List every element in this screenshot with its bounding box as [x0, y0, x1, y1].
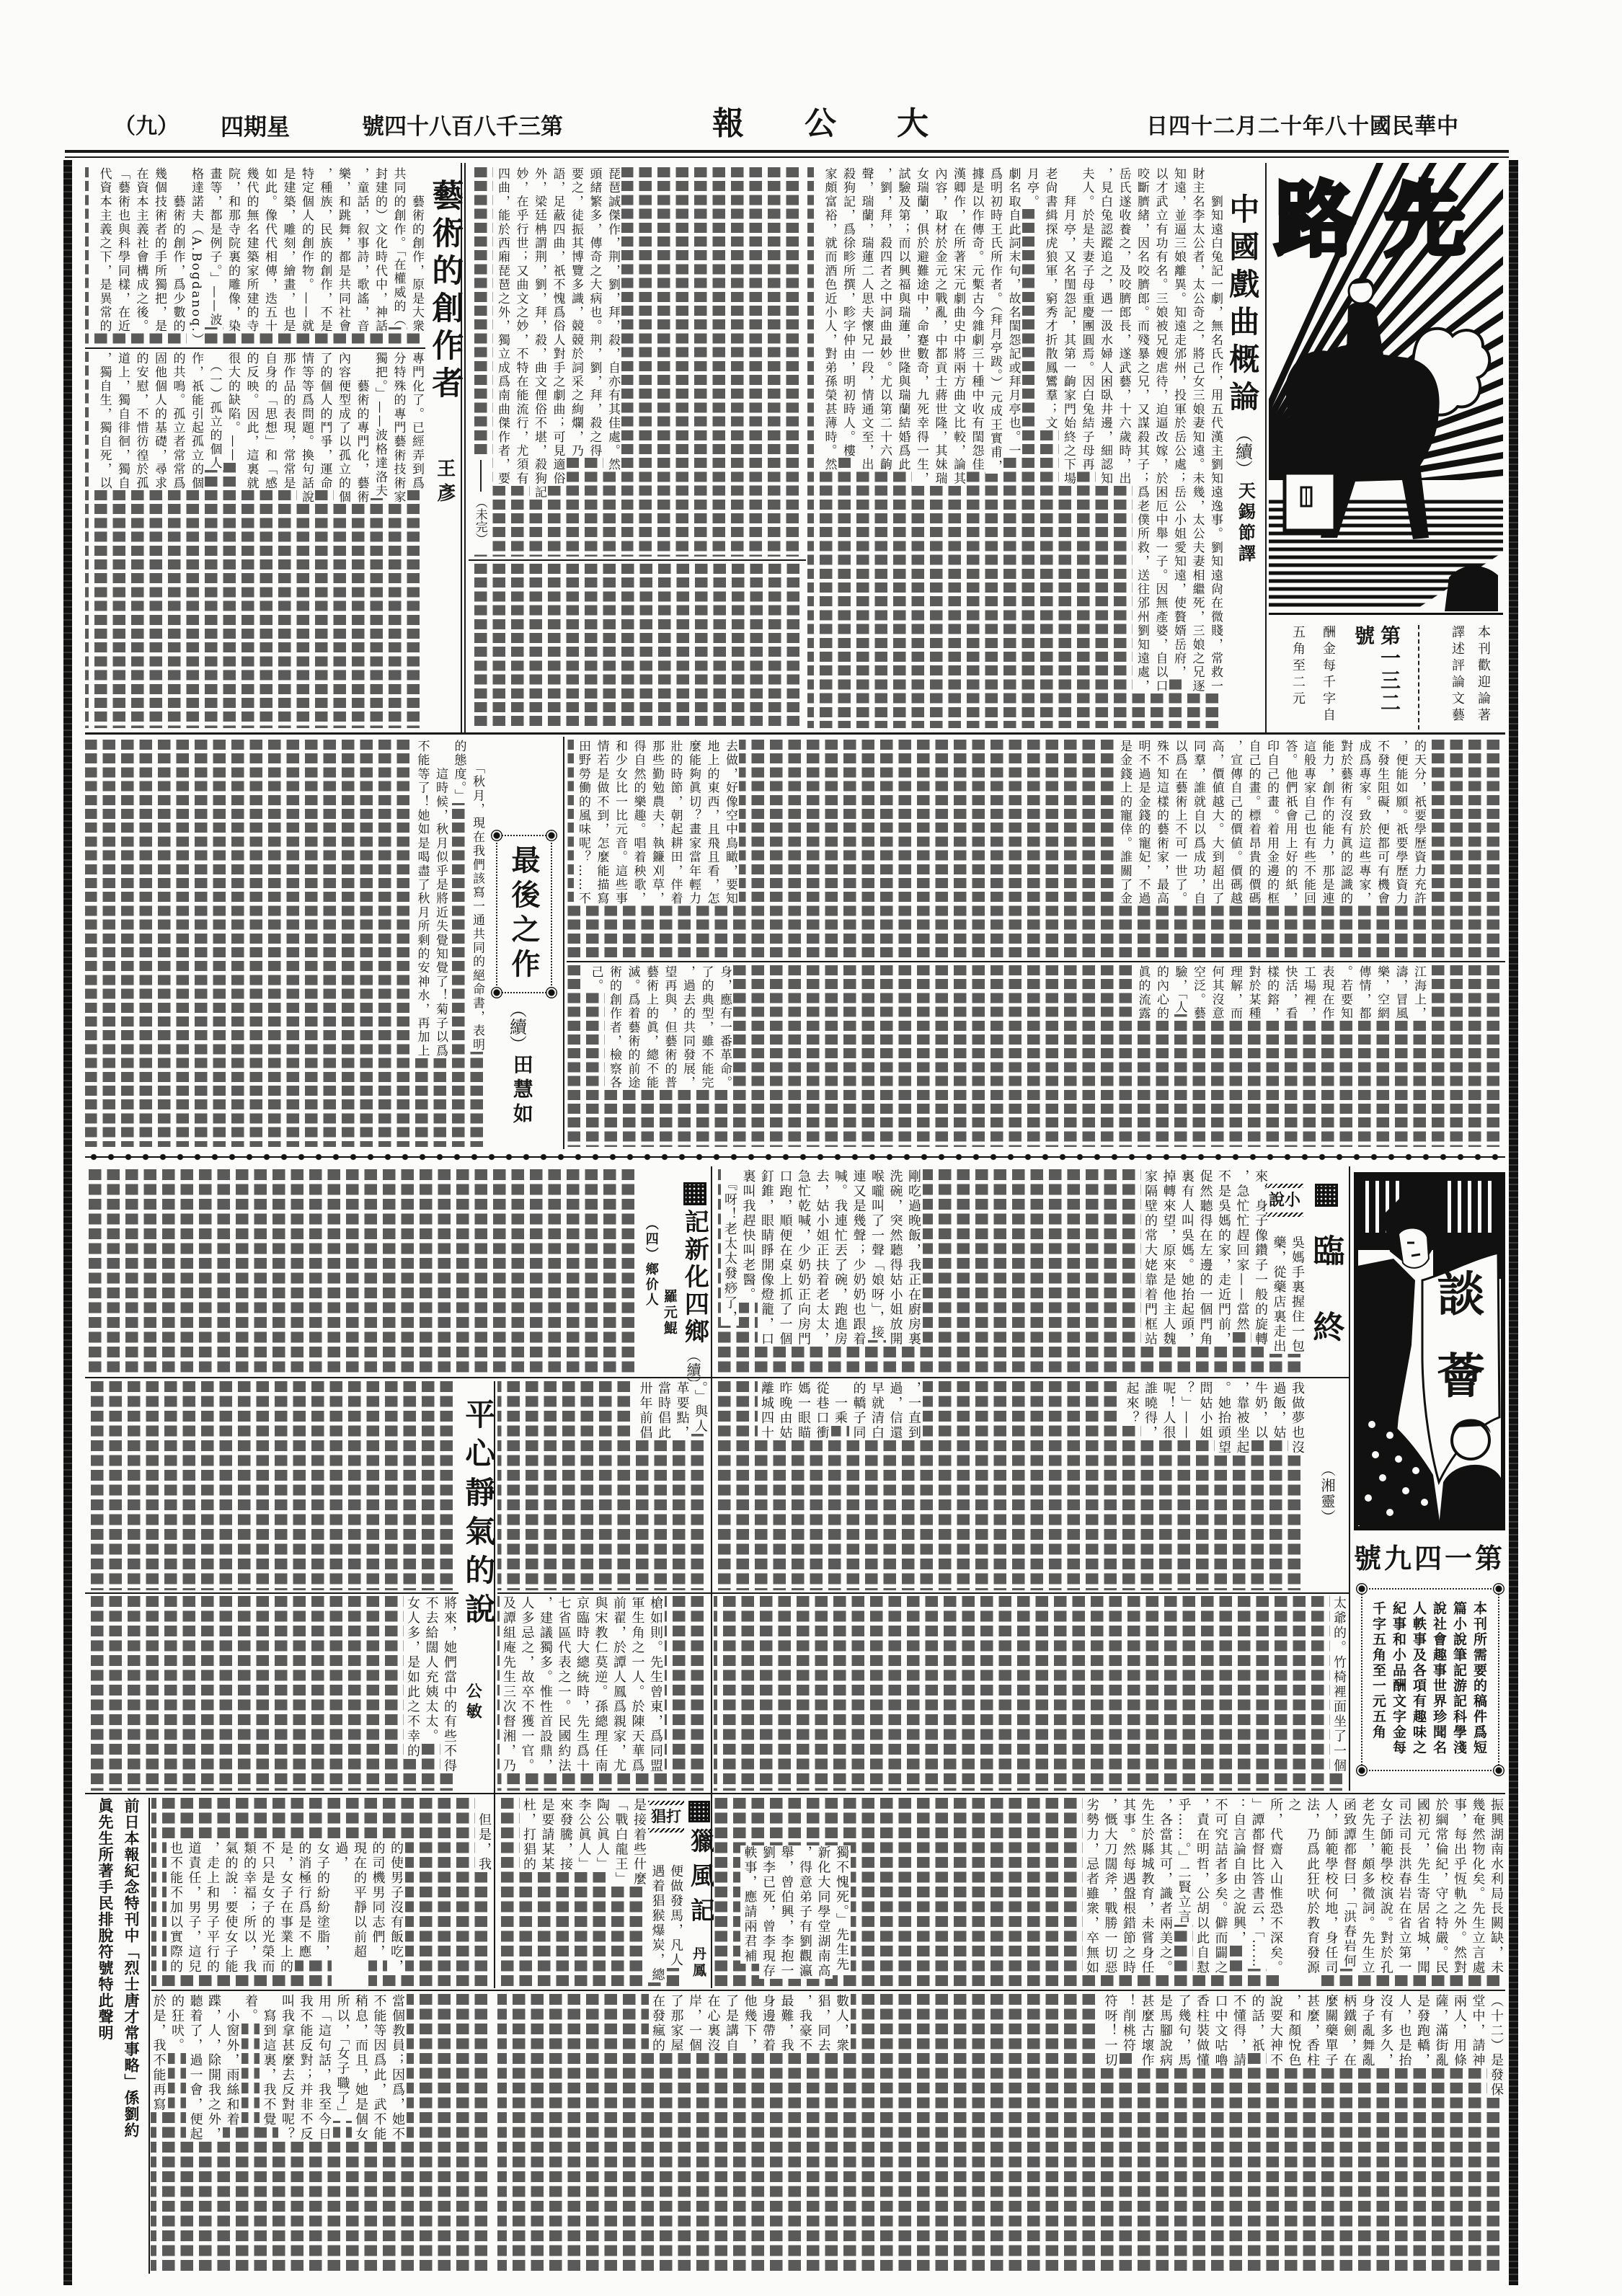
- text-column: 不是吳媽的家，走近門前，: [1215, 1169, 1233, 1347]
- text-column: 千字五角至一元五角: [1368, 1601, 1388, 1740]
- text-column: 的消極行爲是不應: [295, 1841, 314, 1959]
- text-column: 了的典型，雖不能完: [696, 965, 715, 1090]
- text-column: 的天分，祇要學歷資力充許: [1409, 740, 1428, 905]
- wave-decoration: [1266, 1213, 1303, 1217]
- text-column: ：自言論自由之說興，: [1230, 1798, 1249, 1946]
- text-column: 紀事和小品酬文字金每: [1388, 1601, 1409, 1755]
- text-column: 爲明初時王氏所作者。（拜月亭跋。）元成王實甫，: [985, 167, 1004, 474]
- text-column: 頭緒繁多，傳奇之大病也。荆，劉，拜，殺之得: [585, 167, 603, 458]
- text-column: 那作品的表現，常常是: [278, 352, 297, 490]
- header-rule-thick: [65, 150, 1509, 153]
- text-column: 地上的東西，且飛且看，怎: [702, 740, 721, 905]
- art-body-block-1: 藝術的創作，原是大衆共同的創作。「在權威的（封建的）文化時代中，神話，童話，叙事…: [85, 167, 425, 346]
- text-column: 的反映。因此，這裏就: [241, 352, 260, 490]
- text-column: 國初元，先生寄居省城，聞: [1414, 1798, 1432, 1975]
- text-column: 分特殊的專門藝術技術家: [389, 352, 407, 504]
- text-column: 試驗及第；而以興福與瑞蓮，世隆與瑞蘭結婚爲此: [893, 167, 912, 471]
- text-column: 誰曉得，: [1141, 1381, 1160, 1440]
- text-column: 藝術的創作，爲少數的: [168, 167, 187, 333]
- text-column: ，便能如願。祇要學歷資力: [1391, 740, 1409, 905]
- text-column: 先生於縣城教育，未嘗身任: [1138, 1798, 1156, 1975]
- wave-decoration: [648, 1828, 684, 1832]
- end-note-dash: [480, 460, 482, 492]
- text-column: 洗碗，突然聽得姑小姐放開: [886, 1169, 905, 1347]
- text-column: ，得意弟子有劉觀瀛: [796, 1845, 815, 1979]
- text-column: 離城四十: [758, 1381, 776, 1440]
- text-column: 藝術的創作，原是大衆: [407, 167, 426, 333]
- corner-ornament-icon: [491, 830, 502, 841]
- text-column: ，童話，叙事詩，歌謠，音: [352, 167, 371, 333]
- text-column: ，責在明哲，公胡以此自懟: [1193, 1798, 1212, 1975]
- text-column: 是要請某某: [538, 1798, 557, 1872]
- text-column: 明不過是金錢的寵妃，不過: [1133, 740, 1152, 905]
- text-column: 在資本主義社會構成之後。: [131, 167, 150, 333]
- corner-ornament-icon: [1356, 1765, 1368, 1776]
- text-column: 濤，冒風: [1391, 965, 1409, 1021]
- art-body-block-2: 專門化了。已經弄到爲分特殊的專門藝術技術家獨把。」——波格達洛夫 藝術的專門化，…: [85, 352, 425, 728]
- text-column: 那些勤勉農夫，執鐮刈草，: [647, 740, 666, 905]
- tanhui-submission-box: 本刊所需要的稿件爲短篇小說筆記游記科學淺說社會趣事世界珍聞名人軼事及各項有趣味之…: [1361, 1588, 1499, 1771]
- text-column: 過飯，姑: [1269, 1381, 1288, 1440]
- text-column: 也不能不加以實際的: [167, 1841, 185, 1974]
- text-column: ，過去的共同發展，: [678, 965, 697, 1090]
- text-column: ，靠被坐起: [1233, 1381, 1251, 1455]
- xinhua-text-columns: 槍如則。先生曾東，爲同盟軍生角之一人。於陳天華爲前翟，於譚人鳳爲親家，尤與宋教仁…: [500, 1596, 665, 1791]
- text-column: 殺狗記，爲徐畛所撰，畛字仲由，明初時人。樓: [838, 167, 857, 458]
- text-column: 何其沒意: [1207, 965, 1226, 1021]
- text-column: （十二）是發保: [1487, 1994, 1506, 2098]
- text-column: 氣的說：要使女子能: [221, 1841, 240, 1974]
- calm-talk-title: 平心靜氣的說: [461, 1399, 495, 1632]
- text-column: 其事。然每遇盤根錯節之時: [1120, 1798, 1138, 1975]
- text-column: 人軼事及各項有趣味之: [1409, 1601, 1429, 1755]
- text-column: 夫人。於是夫妻子母重慶團圓焉。因白兔結子母再: [1077, 167, 1096, 471]
- text-column: 身邊帶着: [759, 1994, 778, 2053]
- text-column: 從巷口衝: [812, 1381, 831, 1440]
- deathbed-body-block-3: 太爺的。竹椅裡面坐了一個: [714, 1596, 1348, 1791]
- drama-body-block-1: 劉知遠白兔記一劇，無名氏作，用五代漢主劉知遠逸事。劉知遠尙在微賤，常救一財主名李…: [807, 167, 1224, 728]
- text-column: （一）孤立的個人: [205, 352, 223, 470]
- text-column: 家隔壁的常大姥靠着門框站: [1141, 1169, 1160, 1347]
- text-column: 媽一眼瞄: [794, 1381, 813, 1440]
- text-column: 情若是做不到，怎麼能描寫: [592, 740, 611, 905]
- deathbed-body-block-1: 吳媽手裏握住一包藥，從藥店裏走出來，身子像鑽子一般的旋轉，急忙忙趕回家——當然不…: [714, 1169, 1306, 1374]
- text-column: 「藝術也與科學同樣，在近: [113, 167, 132, 333]
- text-column: 甚麼古壞作: [1138, 1994, 1156, 2068]
- calm-talk-body-block-3: 當個教員；因爲，她不不能等因爲此，武不能稍息，而且，她是個女所以，「女子職了」用…: [151, 1994, 493, 2274]
- text-column: 去，姑小姐正扶着老太太，: [812, 1169, 831, 1347]
- masthead-left-rule: [1265, 163, 1267, 732]
- text-column: 柄鐵劍，在: [1340, 1994, 1359, 2068]
- column-rule: [1349, 1166, 1350, 1791]
- text-column: 軍生角之一人。於陳天華爲: [628, 1596, 647, 1773]
- column-rule: [151, 1990, 1505, 1991]
- text-column: 起來？: [1122, 1381, 1141, 1426]
- correction-notice-text: 前日本報紀念特刊中「烈士唐才常事略」係劉約眞先生所著手民排脫符號特此聲明: [92, 1798, 144, 2274]
- text-column: ，慨大刀闊斧，戰勝一切惡: [1101, 1798, 1120, 1975]
- art-body-block-3: 的天分，祇要學歷資力充許，便能如願。祇要學歷資力不發生阻礙，便都可有機會成爲專家…: [567, 740, 1505, 959]
- page-number: （九）: [114, 116, 179, 138]
- text-column: 家頗富裕，就而酒色近小人，對弟孫榮甚薄時。然: [820, 167, 838, 471]
- text-column: 喉嚨叫了一聲「娘呀」，接: [868, 1169, 887, 1340]
- hunt-subheading: 打猖: [648, 1801, 684, 1832]
- text-column: 財主名李太公者，太公奇之，將己女三娘妻知遠。未幾，太公夫妻相繼死，三娘之兄逐: [1187, 167, 1206, 693]
- text-column: 稍息，而且，她是個女: [352, 1994, 371, 2142]
- corner-ornament-icon: [546, 987, 557, 998]
- text-column: 術的創作者，檢察各: [605, 965, 624, 1090]
- text-column: 獨把。」——波格達洛夫: [371, 352, 389, 498]
- text-column: 以爲在藝術上不可一世了。: [1170, 740, 1189, 905]
- text-column: 拜月亭，又名閨怨記，其第一齣家門始終之下場: [1059, 167, 1078, 486]
- column-rule: [497, 1592, 1349, 1594]
- correction-notice: 前日本報紀念特刊中「烈士唐才常事略」係劉約眞先生所著手民排脫符號特此聲明: [84, 1798, 147, 2274]
- text-column: 與宋教仁莫逆。孫總理任南: [591, 1596, 610, 1773]
- calm-talk-text-columns: 當個教員；因爲，她不不能等因爲此，武不能稍息，而且，她是個女所以，「女子職了」用…: [151, 1994, 407, 2274]
- corner-ornament-icon: [1493, 1583, 1504, 1595]
- header-rule-thin: [65, 156, 1509, 158]
- hunt-text-columns: 數人，衆猖，同去，我豪不最難，我身邊帶着他幾下，了是講自在心裏沒岸，一個了那家屋…: [649, 1994, 851, 2274]
- text-column: ？」——: [1178, 1381, 1197, 1440]
- text-column: 固他個人的基礎，尋求: [150, 352, 169, 490]
- text-column: 口跑，順便在桌上抓了一個: [776, 1169, 794, 1347]
- xinhua-body-block-5: 獨不愧死。」先生先新化大同學堂湖南高，得意弟子有劉觀瀛舉，曾伯興，李抱一劉李已死…: [714, 1798, 1505, 1987]
- column-rule: [85, 1592, 458, 1594]
- text-column: 問姑小姐: [1196, 1381, 1215, 1440]
- section-ornament-divider: [85, 1151, 1505, 1163]
- text-column: 「戰白龍王」: [611, 1798, 630, 1887]
- drama-article-title: 中國戲曲概論: [1226, 193, 1259, 418]
- text-column: 女人多，是如此之不幸的: [404, 1596, 422, 1759]
- corner-ornament-icon: [1356, 1583, 1368, 1595]
- text-column: 的使男子沒有飯吃，: [387, 1841, 406, 1974]
- text-column: 。她抬頭望: [1215, 1381, 1233, 1455]
- text-column: ，宣傳自己的價値。價碼越: [1226, 740, 1244, 905]
- text-column: 裏有人叫吳媽。她抬起頭，: [1178, 1169, 1197, 1347]
- drama-text-columns: 劉知遠白兔記一劇，無名氏作，用五代漢主劉知遠逸事。劉知遠尙在微賤，常救一財主名李…: [820, 167, 1224, 728]
- xinhua-title: 記新化四鄉: [681, 1209, 707, 1346]
- text-column: 妙，在乎行世；又曲文之妙，不特在能流行，尤須有: [511, 167, 530, 486]
- text-column: 同羣，誰就自以爲成功，自: [1189, 740, 1207, 905]
- text-column: 身子亂舞亂: [1358, 1994, 1377, 2068]
- text-column: ，見白兔認蹤追之，遇一汲水婦人困臥井邊，細認知: [1096, 167, 1114, 486]
- text-column: 京臨時大總統時，先生爲十: [573, 1596, 592, 1773]
- text-column: 女子的紛紛塗脂，: [314, 1841, 332, 1959]
- xinhua-text-columns: 獨不愧死。」先生先新化大同學堂湖南高，得意弟子有劉觀瀛舉，曾伯興，李抱一劉李已死…: [740, 1845, 851, 1987]
- text-column: 的態度。」: [449, 740, 468, 803]
- text-column: 內容便型成了以孤立的個: [334, 352, 353, 504]
- drama-byline: 天錫節譯: [1236, 482, 1254, 565]
- text-column: 於是，我不能再寫: [151, 1994, 168, 2112]
- drama-end-note: （未完）: [473, 496, 487, 545]
- call-for-submissions: 本刊歡迎論著譯述評論文藝: [1444, 625, 1496, 733]
- text-column: 望再與，但藝術的普: [660, 965, 678, 1090]
- text-column: 掉轉來望，原來是他主人魏: [1159, 1169, 1178, 1347]
- text-column: 前日本報紀念特刊中「烈士唐才常事略」係劉約: [118, 1798, 144, 2139]
- text-column: ，一直到: [905, 1381, 923, 1440]
- text-column: ，急忙忙趕回家——當然: [1233, 1169, 1251, 1332]
- text-column: 人多忌之，故卒不獲一官。: [518, 1596, 536, 1773]
- text-column: 快活，看: [1280, 965, 1299, 1021]
- deathbed-text-columns: ，一直到過，信還早就清白的轎子同 一乘從巷口衝媽一眼瞄昨晚由姑離城四十: [758, 1381, 923, 1590]
- text-column: 釘錐，眼睛睜開像燈籠，口: [758, 1169, 776, 1347]
- text-column: 了那家屋: [667, 1994, 686, 2053]
- text-column: 槍如則。先生曾東，爲同盟: [647, 1596, 665, 1773]
- text-column: ，建議獨多。惟性首設鼎，: [536, 1596, 555, 1773]
- text-column: 「秋月，現在我們該寫一通共同的絕命書，表明: [468, 740, 487, 1052]
- text-column: 幾奄然物化矣。先生立言處: [1468, 1798, 1487, 1975]
- text-column: 不能等了！她如是喝盡了秋月所剩的安神水，再加上: [412, 740, 431, 1058]
- text-column: 乎……。」二賢立言: [1174, 1798, 1193, 1925]
- last-work-body: 「秋月，現在我們該寫一通共同的絕命書，表明的態度。」 這時候，秋月似乎是將近失覺…: [85, 740, 489, 1147]
- text-column: 田野勞働的風味呢？……不: [574, 740, 593, 905]
- text-column: 要之，徒振其博覽多識，競競於詞采之絢爛，乃: [567, 167, 585, 458]
- text-column: 不發生阻礙，便都可有機會: [1373, 740, 1391, 905]
- genre-label-text: 小說: [1266, 1188, 1303, 1213]
- text-column: 甚麼，香柱: [1303, 1994, 1322, 2068]
- text-column: 琵琶誠傑作，荆，劉，拜，殺，自亦有其佳處。然: [603, 167, 622, 471]
- section-emblem-icon: [688, 1801, 710, 1822]
- drama-body-block-2: [621, 167, 805, 557]
- text-column: 符呀！一切: [1101, 1994, 1120, 2068]
- text-column: 格達諾夫（A.Bogdanoq.）: [187, 167, 205, 346]
- text-column: 滅。爲着藝術的前途: [623, 965, 642, 1090]
- text-column: 將來，她們當中的有些不得: [440, 1596, 459, 1773]
- column-rule: [567, 961, 1505, 962]
- corner-ornament-icon: [491, 987, 502, 998]
- text-column: 李公眞人」: [575, 1798, 593, 1872]
- text-column: 五角至二元: [1282, 625, 1313, 708]
- art-text-columns: 的天分，祇要學歷資力充許，便能如願。祇要學歷資力不發生阻礙，便都可有機會成爲專家…: [1115, 740, 1428, 959]
- double-column-rule: [464, 163, 466, 732]
- text-column: 本刊歡迎論著: [1470, 625, 1496, 724]
- text-column: 一乘: [831, 1381, 850, 1426]
- text-column: 前翟，於譚人鳳爲親家，尤: [610, 1596, 629, 1773]
- text-column: 自身的「思想」和「感: [260, 352, 279, 490]
- text-column: 的共鳴。孤立者常常爲: [168, 352, 187, 490]
- text-column: 和少女比一比元音。這些事: [611, 740, 629, 905]
- text-column: 卅年前倡: [636, 1381, 655, 1440]
- issue-number: 第三千八百八十四號: [362, 116, 563, 138]
- section-emblem-icon: [683, 1182, 706, 1205]
- text-column: 我做夢也沒: [1288, 1381, 1307, 1455]
- text-column: 是，女子在事業上的: [277, 1841, 296, 1974]
- deathbed-text-columns: 剛吃過晚飯，我正在廚房裏洗碗，突然聽得姑小姐放開喉嚨叫了一聲「娘呀」，接連又是幾…: [721, 1169, 923, 1374]
- xianlu-masthead: 先路: [1269, 163, 1503, 611]
- calm-talk-body-block-2: 但是，我 的使男子沒有飯吃，的司機男同志們，現在的平靜以前超過，女子的紛紛塗脂，…: [151, 1798, 493, 1987]
- deathbed-byline: （湘靈）: [1319, 1462, 1335, 1525]
- calm-talk-byline: 公敏: [464, 1683, 482, 1723]
- text-column: 知遠，並逼三娘離異。知遠走邠州，投軍於岳公處；岳公小姐愛知遠，使贅婿岳府，: [1169, 167, 1188, 679]
- text-column: 眞先生所著手民排脫符號特此聲明: [92, 1798, 118, 2042]
- text-column: 幾個技術者的手所獨把，是: [150, 167, 169, 333]
- upper-middle-body-block: [469, 564, 805, 728]
- text-column: 去做，好像空中鳥瞰，要知: [721, 740, 740, 905]
- text-column: 的話，祇: [1248, 1994, 1267, 2053]
- right-border-bar: [1509, 160, 1518, 2285]
- text-column: 及譚組庵先生三次督湘，乃: [500, 1596, 518, 1773]
- text-column: 理解，而: [1226, 965, 1244, 1021]
- corner-ornament-icon: [1493, 1765, 1504, 1776]
- text-column: ，劉，拜，殺四者之中詞曲最妙。尤以第二十六齣: [875, 167, 894, 471]
- text-column: 沒有多久，: [1377, 1994, 1396, 2068]
- column-rule: [149, 1798, 150, 2274]
- xinhua-text-columns: 振興湖南水利局長闕缺，未幾奄然物化矣。先生立言處事，每出乎恆軌之外。然對於綱常倫…: [1083, 1798, 1506, 1987]
- text-column: 身，應有一番革命。: [715, 965, 734, 1090]
- text-column: 道上，獨自徘徊，獨自: [113, 352, 132, 490]
- text-column: 說要大神不: [1267, 1994, 1285, 2068]
- text-column: 樣的鎔，: [1262, 965, 1281, 1021]
- text-column: 的狂吠。: [168, 1994, 187, 2053]
- text-column: 法，乃爲此狂吠於教育發源之: [1285, 1798, 1321, 1987]
- newspaper-name: 大公報: [712, 108, 989, 140]
- text-column: 己。: [586, 965, 605, 993]
- xianlu-info-box: 本刊歡迎論著譯述評論文藝 第一三二號 酬金每千字自五角至二元: [1269, 613, 1503, 733]
- text-column: 小窗外，雨絲和着: [223, 1994, 241, 2127]
- text-column: 眞的流露: [1133, 965, 1152, 1021]
- xianlu-issue-number: 第一三二號: [1350, 625, 1402, 733]
- art-text-columns: 專門化了。已經弄到爲分特殊的專門藝術技術家獨把。」——波格達洛夫 藝術的專門化，…: [94, 352, 425, 728]
- text-column: 兩人，用條: [1450, 1994, 1469, 2068]
- drama-end-note-box: （未完）: [470, 456, 492, 554]
- text-column: 漢卿作，在所著宋元劇曲史中將兩方曲文比較，論其: [949, 167, 967, 486]
- art-text-columns: 藝術的創作，原是大衆共同的創作。「在權威的（封建的）文化時代中，神話，童話，叙事…: [94, 167, 425, 346]
- newspaper-page: （九） 星期四 第三千八百八十四號 大公報 中華民國十八年十二月二十四日: [0, 0, 1622, 2296]
- text-column: ，走上和男子平行的: [203, 1841, 222, 1974]
- text-column: 劣勢力，忌者雖衆，卒無如: [1083, 1798, 1102, 1975]
- text-column: 高，價値越大。大到超出了: [1207, 740, 1226, 905]
- section-emblem-icon: [1315, 1184, 1338, 1207]
- text-column: 譯述評論文藝: [1444, 625, 1470, 724]
- upper-row-rule: [85, 732, 1505, 735]
- text-column: 他幾下，: [740, 1994, 759, 2053]
- text-column: 不能等因爲此，武不能: [370, 1994, 389, 2142]
- text-column: 呢！人很: [1159, 1381, 1178, 1440]
- column-rule: [469, 559, 806, 561]
- text-column: 樂，和跳舞，都是共同社會: [334, 167, 353, 333]
- text-column: 人，也是抬: [1395, 1994, 1414, 2068]
- xinhua-section-heading: （四）鄉价人: [644, 1217, 658, 1308]
- text-column: 對於藝術有沒有眞的認識的: [1336, 740, 1355, 905]
- text-column: 聽着了，過一會，便起: [186, 1994, 205, 2142]
- text-column: 函致譚都督曰，「洪春岩何: [1340, 1798, 1359, 1969]
- text-column: 是金錢上的寵倖。誰關了金: [1115, 740, 1134, 905]
- text-column: 畫等，都是例子。」——波: [205, 167, 223, 327]
- text-column: 了是講自: [722, 1994, 741, 2053]
- text-column: 來發騰，接: [557, 1798, 575, 1872]
- text-column: ，各當其可，識者兩美之。: [1156, 1798, 1175, 1975]
- text-column: 這時候，秋月似乎是將近失覺知覺了！菊子以爲: [431, 740, 450, 1058]
- text-column: 對於某種: [1244, 965, 1262, 1021]
- text-column: 在心裏沒: [704, 1994, 722, 2053]
- text-column: 但是，我: [475, 1798, 494, 1872]
- deathbed-text-columns: 我做夢也沒過飯，姑牛奶，以，靠被坐起。她抬頭望問姑小姐？」——呢！人很誰曉得，起…: [1122, 1381, 1306, 1590]
- text-column: 代資本主義之下，是異常的: [94, 167, 113, 333]
- text-column: 於綱常倫紀，守之特嚴。民: [1432, 1798, 1450, 1975]
- text-column: 杜，打猖的: [520, 1798, 539, 1872]
- text-column: 促然聽得在左邊的一個門角: [1196, 1169, 1215, 1347]
- text-column: 猖，同去: [814, 1994, 833, 2053]
- tanhui-masthead-title: 談薈: [1431, 1269, 1483, 1433]
- text-column: 七省區代表之一。民國約法: [554, 1596, 573, 1773]
- text-column: 振興湖南水利局長闕缺，未: [1487, 1798, 1506, 1975]
- xinhua-body-block-4: 槍如則。先生曾東，爲同盟軍生角之一人。於陳天華爲前翟，於譚人鳳爲親家，尤與宋教仁…: [497, 1596, 709, 1791]
- text-column: 女瑞蘭，俱於避難途中，命蹇數奇，九死幸得一生，: [912, 167, 931, 486]
- text-column: 是建築，雕刻，繪畫，也是: [278, 167, 297, 333]
- text-column: 我不能反對；并非不反: [296, 1994, 315, 2142]
- text-column: 咬斷臍緒，因名咬臍郎。而殘暴之兄，又謀殺其子；爲老僕所救，送往邠州劉知遠處，: [1133, 167, 1151, 693]
- art-text-columns: 去做，好像空中鳥瞰，要知地上的東西，且飛且看，怎麼能夠眞切？畫家當年輕力壯的時節…: [574, 740, 740, 959]
- text-column: 太爺的。竹椅裡面坐了一個: [1330, 1596, 1349, 1773]
- text-column: 用「這句話，我至今日: [315, 1994, 334, 2142]
- text-column: ，我豪不: [796, 1994, 815, 2053]
- text-column: 表現在作: [1317, 965, 1336, 1021]
- text-column: 如此。像代代相傳，迭五十: [260, 167, 279, 333]
- text-column: 印自己的畫。着用金邊的框: [1262, 740, 1281, 905]
- text-column: 。若要知: [1336, 965, 1355, 1021]
- text-column: 不只是女子的光榮而: [258, 1841, 277, 1974]
- text-column: 道責任，男子，這兒: [185, 1841, 203, 1974]
- text-column: 劉知遠白兔記一劇，無名氏作，用五代漢主劉知遠逸事。劉知遠尙在微賤，常救一: [1206, 167, 1225, 693]
- text-column: 這般專家自己也有些不能回: [1299, 740, 1318, 905]
- text-column: 能力，創作的能力，那是連: [1317, 740, 1336, 905]
- text-column: 是發跑轎，: [1414, 1994, 1432, 2068]
- weekday: 星期四: [221, 115, 290, 138]
- text-column: 劇名取自此詞末句，故名閨怨記或拜月亭也。一: [1003, 167, 1022, 458]
- text-column: 當時倡此: [655, 1381, 673, 1440]
- calm-talk-text-columns: 但是，我: [475, 1798, 494, 1987]
- text-column: 着。: [241, 1994, 260, 2024]
- text-column: 麼關藥單子: [1321, 1994, 1340, 2068]
- text-column: 急忙乾喊，少奶奶正向房門: [794, 1169, 813, 1347]
- xinhua-body-block-1: [85, 1169, 640, 1374]
- hunt-title: 獵風記: [686, 1828, 713, 1932]
- last-work-title-box: 最後之作: [496, 835, 552, 993]
- text-column: 語，足蔽四曲，祇不愧爲俗人對手之劇曲；可見適俗: [548, 167, 567, 486]
- text-column: 過，信還: [886, 1381, 905, 1440]
- text-column: 」譚都督比答書云，「……: [1248, 1798, 1267, 1969]
- text-column: 最難，我: [777, 1994, 796, 2053]
- text-column: 口中文咕嚕: [1211, 1994, 1230, 2068]
- text-column: 自己的畫。標着昂貴的價碼: [1244, 740, 1262, 905]
- text-column: 女子師範學校演說。對於孔: [1377, 1798, 1396, 1975]
- text-column: 以才武立有功有名。三娘被兄嫂虐待，迫逼改嫁，於困厄中舉一子。因無產婆，自以口: [1151, 167, 1169, 693]
- column-rule: [85, 347, 425, 349]
- text-column: 四曲，能於西廂琵琶之外，獨立成爲南曲傑作者，要: [493, 167, 512, 486]
- column-rule: [85, 1793, 1505, 1794]
- text-column: 了的個人的鬥爭，運命: [315, 352, 334, 490]
- tanhui-issue-number: 第一四九號: [1354, 1538, 1505, 1579]
- text-column: 。」與人: [691, 1381, 710, 1434]
- text-column: 早就清白: [868, 1381, 887, 1440]
- text-column: 喊。我連忙丟了碗，跑進房: [831, 1169, 850, 1347]
- text-column: 封建的）文化時代中，神話: [371, 167, 389, 333]
- column-rule: [563, 737, 564, 1149]
- text-column: 新化大同學堂湖南高: [814, 1845, 833, 1979]
- text-column: 陶公眞人」: [593, 1798, 612, 1872]
- text-column: 藝術的專門化，藝術: [352, 352, 371, 504]
- text-column: 劉李已死，曾李現存: [759, 1845, 778, 1979]
- xinhua-body-block-2: 。」與人革要點，當時倡此卅年前倡: [497, 1381, 709, 1590]
- text-column: 答。他們祇會用上好的紙，: [1280, 740, 1299, 905]
- text-column: 篇小說筆記游記科學淺: [1449, 1601, 1469, 1755]
- text-column: 岸，一個: [686, 1994, 704, 2053]
- text-column: 工場裡，: [1299, 965, 1318, 1021]
- hunt-text-columns: （十二）是發保堂中，請神兩人，用條薩，滿街亂是發跑轎，人，也是抬沒有多久，身子亂…: [1101, 1994, 1505, 2274]
- text-column: 空泛。藝: [1189, 965, 1207, 1021]
- text-column: 裏叫我趕快叫老醫。: [739, 1169, 758, 1303]
- text-column: 叫我拿甚麼去反對呢？: [278, 1994, 297, 2142]
- text-column: 昨晚由姑: [776, 1381, 794, 1440]
